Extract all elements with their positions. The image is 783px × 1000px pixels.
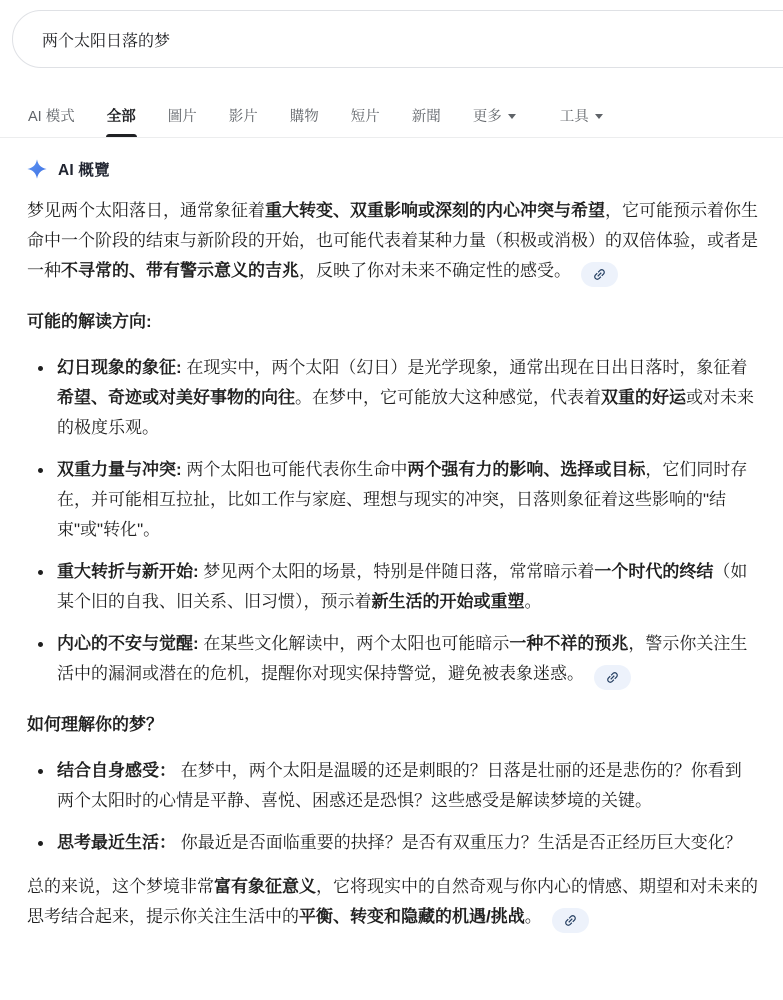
- list-item: 内心的不安与觉醒: 在某些文化解读中，两个太阳也可能暗示一种不祥的预兆，警示你关…: [27, 629, 758, 690]
- chevron-down-icon: [508, 114, 516, 119]
- tab-label: 新聞: [412, 105, 441, 126]
- tab-tools[interactable]: 工具: [560, 95, 603, 137]
- link-icon: [563, 913, 578, 928]
- list-item: 双重力量与冲突: 两个太阳也可能代表你生命中两个强有力的影响、选择或目标，它们同…: [27, 455, 758, 545]
- list-item: 结合自身感受： 在梦中，两个太阳是温暖的还是刺眼的？日落是壮丽的还是悲伤的？你看…: [27, 756, 758, 816]
- text-run: 。在梦中，它可能放大这种感觉，代表着: [295, 388, 601, 407]
- tab-all[interactable]: 全部: [107, 95, 136, 137]
- tab-news[interactable]: 新聞: [412, 95, 441, 137]
- text-run-bold: 平衡、转变和隐藏的机遇/挑战: [299, 907, 525, 926]
- text-run-bold: 重大转折与新开始:: [57, 562, 199, 581]
- ai-overview-title: AI 概覽: [58, 158, 110, 180]
- search-input[interactable]: [42, 30, 682, 48]
- tab-images[interactable]: 圖片: [168, 95, 197, 137]
- text-run: 总的来说，这个梦境非常: [27, 877, 214, 896]
- text-run-bold: 思考最近生活：: [57, 833, 176, 852]
- tab-label: 全部: [107, 105, 136, 126]
- text-run: 梦见两个太阳的场景，特别是伴随日落，常常暗示着: [199, 562, 595, 581]
- text-run-bold: 幻日现象的象征:: [57, 358, 182, 377]
- tab-label: 工具: [560, 105, 589, 126]
- text-run-bold: 内心的不安与觉醒:: [57, 634, 199, 653]
- tab-more[interactable]: 更多: [473, 95, 516, 137]
- text-run-bold: 结合自身感受：: [57, 761, 176, 780]
- text-run-bold: 不寻常的、带有警示意义的吉兆: [61, 261, 299, 280]
- list-item: 幻日现象的象征: 在现实中，两个太阳（幻日）是光学现象，通常出现在日出日落时，象…: [27, 353, 758, 443]
- tab-label: 影片: [229, 105, 258, 126]
- source-link-button[interactable]: [581, 262, 618, 287]
- tab-label: 圖片: [168, 105, 197, 126]
- text-run-bold: 一个时代的终结: [594, 562, 713, 581]
- result-tabs: AI 模式 全部 圖片 影片 購物 短片 新聞 更多 工具: [0, 95, 783, 138]
- source-link-button[interactable]: [552, 908, 589, 933]
- text-run-bold: 双重力量与冲突:: [57, 460, 182, 479]
- tab-label: 購物: [290, 105, 319, 126]
- tab-label: 更多: [473, 105, 502, 126]
- text-run-bold: 富有象征意义: [214, 877, 316, 896]
- guidance-list: 结合自身感受： 在梦中，两个太阳是温暖的还是刺眼的？日落是壮丽的还是悲伤的？你看…: [27, 756, 758, 858]
- text-run: 在现实中，两个太阳（幻日）是光学现象，通常出现在日出日落时，象征着: [182, 358, 748, 377]
- section-heading-how-to-understand: 如何理解你的梦？: [27, 710, 758, 740]
- tab-label: AI 模式: [28, 105, 75, 126]
- source-link-button[interactable]: [594, 665, 631, 690]
- section-heading-directions: 可能的解读方向:: [27, 307, 758, 337]
- tab-short-videos[interactable]: 短片: [351, 95, 380, 137]
- text-run-bold: 两个强有力的影响、选择或目标: [407, 460, 645, 479]
- text-run-bold: 重大转变、双重影响或深刻的内心冲突与希望: [265, 201, 605, 220]
- text-run-bold: 新生活的开始或重塑: [372, 592, 525, 611]
- search-bar[interactable]: [12, 10, 783, 68]
- chevron-down-icon: [595, 114, 603, 119]
- ai-overview-panel: AI 概覽 梦见两个太阳落日，通常象征着重大转变、双重影响或深刻的内心冲突与希望…: [27, 149, 758, 933]
- text-run-bold: 双重的好运: [601, 388, 686, 407]
- list-item: 重大转折与新开始: 梦见两个太阳的场景，特别是伴随日落，常常暗示着一个时代的终结…: [27, 557, 758, 617]
- interpretation-list: 幻日现象的象征: 在现实中，两个太阳（幻日）是光学现象，通常出现在日出日落时，象…: [27, 353, 758, 690]
- text-run: 两个太阳也可能代表你生命中: [182, 460, 408, 479]
- ai-sparkle-icon: [27, 158, 47, 180]
- text-run: 你最近是否面临重要的抉择？是否有双重压力？生活是否正经历巨大变化？: [176, 833, 742, 852]
- tab-ai-mode[interactable]: AI 模式: [28, 95, 75, 137]
- text-run: 。: [525, 907, 542, 926]
- text-run: 梦见两个太阳落日，通常象征着: [27, 201, 265, 220]
- tab-label: 短片: [351, 105, 380, 126]
- overview-summary-paragraph: 总的来说，这个梦境非常富有象征意义，它将现实中的自然奇观与你内心的情感、期望和对…: [27, 872, 758, 933]
- text-run: ，反映了你对未来不确定性的感受。: [299, 261, 571, 280]
- text-run-bold: 一种不祥的预兆: [509, 634, 628, 653]
- list-item: 思考最近生活： 你最近是否面临重要的抉择？是否有双重压力？生活是否正经历巨大变化…: [27, 828, 758, 858]
- text-run: 在某些文化解读中，两个太阳也可能暗示: [199, 634, 510, 653]
- link-icon: [592, 267, 607, 282]
- tab-videos[interactable]: 影片: [229, 95, 258, 137]
- ai-overview-header: AI 概覽: [27, 158, 758, 180]
- tab-shopping[interactable]: 購物: [290, 95, 319, 137]
- text-run: 。: [525, 592, 542, 611]
- text-run-bold: 希望、奇迹或对美好事物的向往: [57, 388, 295, 407]
- link-icon: [605, 670, 620, 685]
- overview-intro-paragraph: 梦见两个太阳落日，通常象征着重大转变、双重影响或深刻的内心冲突与希望，它可能预示…: [27, 196, 758, 287]
